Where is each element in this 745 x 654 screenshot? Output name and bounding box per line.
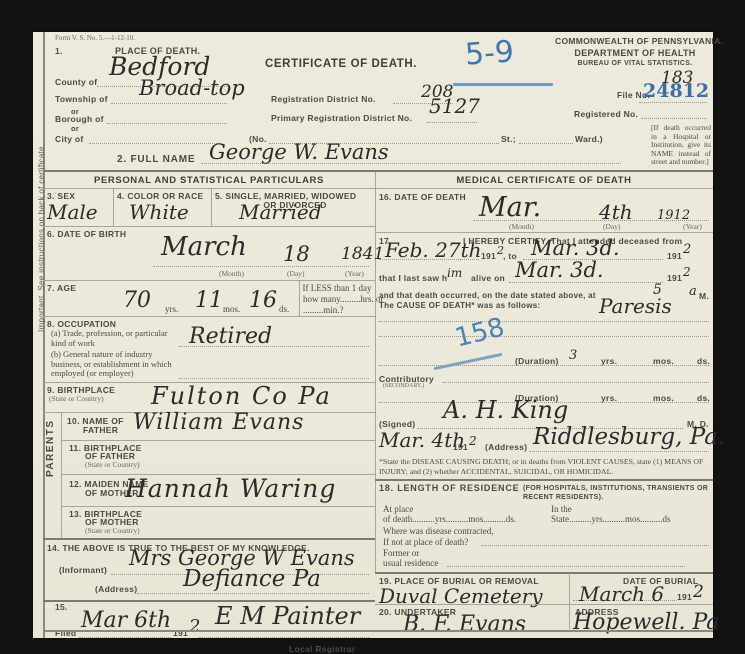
physician-address: Riddlesburg, Pa.	[533, 424, 725, 450]
agency-line-1: COMMONWEALTH OF PENNSYLVANIA.	[555, 36, 715, 46]
local-registrar-label: Local Registrar	[289, 644, 355, 654]
age-days: 16	[249, 288, 277, 313]
registrar-signature: E M Painter	[215, 602, 360, 630]
hospital-note: [If death occurred in a Hospital or Inst…	[651, 124, 711, 167]
parents-label: PARENTS	[45, 419, 56, 477]
attended-to-date: Mar. 3d.	[531, 236, 620, 260]
death-ampm: a	[689, 284, 697, 299]
certificate-title: CERTIFICATE OF DEATH.	[265, 58, 417, 70]
date-of-death-day: 4th	[599, 200, 633, 224]
informant-label: (Informant)	[59, 565, 107, 575]
death-time-text: and that death occurred, on the date sta…	[379, 291, 596, 300]
sex-value: Male	[47, 200, 98, 224]
dob-label: 6. DATE OF BIRTH	[47, 229, 126, 239]
occupation-b-text: (b) General nature of industry business,…	[51, 350, 177, 379]
full-name-label: 2. FULL NAME	[117, 154, 195, 165]
duration-label: (Duration)	[515, 356, 559, 366]
full-name-value: George W. Evans	[209, 140, 389, 164]
last-saw-date: Mar. 3d.	[515, 258, 604, 282]
borough-label: Borough of	[55, 114, 104, 124]
last-saw-pronoun: im	[447, 266, 462, 280]
last-saw-label: that I last saw h	[379, 273, 447, 283]
city-label: City of	[55, 134, 84, 144]
left-border-line	[43, 32, 45, 638]
father-name-value: William Evans	[133, 410, 304, 435]
medical-heading: MEDICAL CERTIFICATE OF DEATH	[375, 175, 713, 186]
cause-footnote: *State the DISEASE CAUSING DEATH; or in …	[379, 457, 711, 476]
physician-address-label: (Address)	[485, 442, 527, 452]
file-no-handwritten: 183	[661, 68, 693, 88]
date-of-death-label: 16. DATE OF DEATH	[379, 192, 466, 202]
dob-month: March	[161, 232, 247, 262]
race-value: White	[129, 200, 189, 224]
section-1-number: 1.	[55, 46, 63, 56]
attended-from-date: Feb. 27th	[385, 238, 482, 262]
date-of-death-year: 1912	[657, 208, 690, 223]
registration-district-label: Registration District No.	[271, 94, 376, 104]
primary-registration-value: 5127	[429, 94, 480, 118]
township-value: Broad-top	[139, 76, 245, 100]
informant-address-value: Defiance Pa	[183, 566, 321, 592]
duration-years: 3	[569, 348, 577, 363]
informant-address-label: (Address)	[95, 584, 137, 594]
age-years: 70	[123, 288, 151, 313]
personal-heading: PERSONAL AND STATISTICAL PARTICULARS	[43, 175, 375, 186]
residence-label: 18. LENGTH OF RESIDENCE	[379, 483, 519, 493]
registered-no-label: Registered No.	[574, 109, 638, 119]
county-label: County of	[55, 77, 97, 87]
street-label: St.;	[501, 134, 516, 144]
age-label: 7. AGE	[47, 283, 76, 293]
death-certificate: Important. See instructions on back of c…	[33, 32, 713, 638]
blue-pencil-stamp: 5-9	[464, 34, 515, 72]
agency-line-2: DEPARTMENT OF HEALTH	[555, 48, 715, 58]
residence-label-note: (FOR HOSPITALS, INSTITUTIONS, TRANSIENTS…	[523, 484, 711, 502]
section-15-number: 15.	[55, 602, 68, 612]
blue-pencil-underline	[453, 83, 553, 86]
undertaker-value: B. F. Evans	[403, 612, 526, 637]
primary-registration-label: Primary Registration District No.	[271, 113, 412, 123]
mother-maiden-name-value: Hannah Waring	[125, 474, 336, 503]
blue-pencil-mark: 158	[452, 312, 507, 353]
ward-label: Ward.)	[575, 134, 603, 144]
form-number: Form V. S. No. 5.—1-12-10.	[55, 34, 135, 42]
date-of-death-month: Mar.	[479, 192, 541, 223]
cause-of-death-value: Paresis	[599, 294, 672, 318]
less-than-day-line1: If LESS than 1 day	[299, 283, 375, 293]
cause-of-death-label: The CAUSE OF DEATH* was as follows:	[379, 301, 540, 310]
residence-in-state: State..........yrs..........mos.........…	[551, 514, 671, 524]
age-months: 11	[195, 288, 223, 313]
marital-value: Married	[239, 200, 322, 224]
filed-year: 2	[189, 616, 200, 637]
former-residence-field: usual residence	[383, 558, 438, 568]
dob-year: 1841	[341, 244, 384, 264]
birthplace-value: Fulton Co Pa	[151, 382, 332, 410]
township-label: Township of	[55, 94, 108, 104]
physician-signature: A. H. King	[443, 396, 568, 424]
occupation-a-text: (a) Trade, profession, or particular kin…	[51, 329, 177, 348]
residence-at-place-of-death: of death..........yrs..........mos......…	[383, 514, 516, 524]
agency-line-3: BUREAU OF VITAL STATISTICS.	[555, 60, 715, 67]
dob-day: 18	[283, 242, 310, 266]
burial-date-value: March 6	[579, 582, 664, 606]
disease-contracted-field: If not at place of death?	[383, 537, 468, 547]
